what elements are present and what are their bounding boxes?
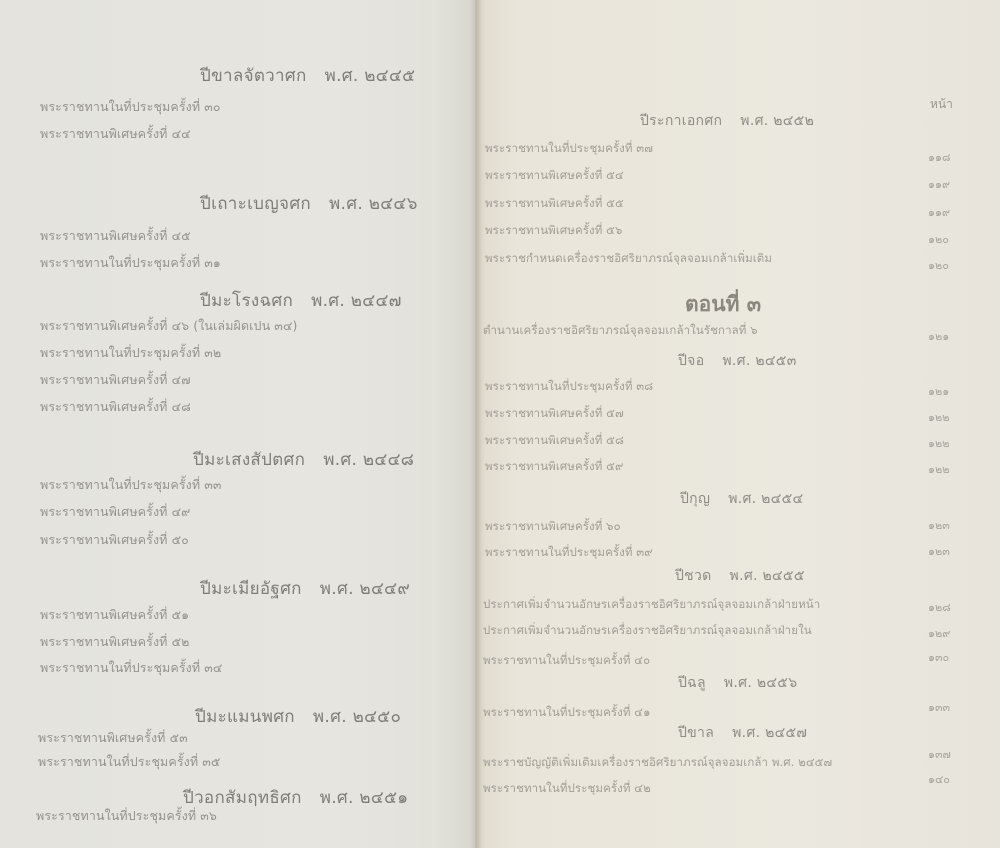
toc-entry: พระราชทานพิเศษครั้งที่ ๕๗ [485, 405, 624, 423]
right-page: หน้า ปีระกาเอกศกพ.ศ. ๒๔๕๒ พระราชทานในที่… [475, 0, 1000, 848]
toc-entry: พระราชทานในที่ประชุมครั้งที่ ๓๑ [40, 253, 221, 273]
toc-entry: พระราชทานพิเศษครั้งที่ ๔๙ [40, 502, 190, 522]
toc-entry: พระราชทานพิเศษครั้งที่ ๕๘ [485, 432, 624, 450]
toc-entry: พระราชทานพิเศษครั้งที่ ๕๓ [38, 728, 188, 748]
page-number: ๑๑๙ [928, 203, 950, 221]
book-gutter [470, 0, 482, 848]
toc-entry: พระราชทานพิเศษครั้งที่ ๕๐ [40, 530, 189, 550]
page-number: ๑๒๓ [928, 516, 950, 534]
year-heading: ปีจอพ.ศ. ๒๔๕๓ [678, 350, 797, 372]
toc-entry: พระราชทานในที่ประชุมครั้งที่ ๓๕ [38, 752, 220, 772]
page-number: ๑๒๑ [928, 327, 949, 345]
toc-entry: พระราชทานในที่ประชุมครั้งที่ ๓๔ [40, 658, 222, 678]
page-number: ๑๒๒ [928, 434, 949, 452]
page-column-label: หน้า [930, 95, 953, 114]
page-number: ๑๓๗ [928, 745, 951, 763]
toc-entry: พระราชทานในที่ประชุมครั้งที่ ๓๖ [36, 806, 217, 826]
page-number: ๑๒๘ [928, 598, 951, 616]
page-number: ๑๑๙ [928, 175, 950, 193]
toc-entry: ตำนานเครื่องราชอิศริยาภรณ์จุลจอมเกล้าในร… [483, 322, 758, 340]
year-heading: ปีชวดพ.ศ. ๒๔๕๕ [675, 565, 805, 587]
page-number: ๑๒๐ [928, 256, 949, 274]
toc-entry: พระราชทานพิเศษครั้งที่ ๕๙ [485, 458, 624, 476]
page-number: ๑๔๐ [928, 770, 950, 788]
toc-entry: พระราชทานในที่ประชุมครั้งที่ ๓๒ [40, 343, 221, 363]
year-heading: ปีมะโรงฉศกพ.ศ. ๒๔๔๗ [200, 287, 402, 314]
page-number: ๑๒๒ [928, 408, 949, 426]
toc-entry: พระราชกำหนดเครื่องราชอิศริยาภรณ์จุลจอมเก… [485, 250, 772, 268]
toc-entry: พระราชทานพิเศษครั้งที่ ๕๑ [40, 605, 189, 625]
year-heading: ปีฉลูพ.ศ. ๒๔๕๖ [678, 672, 797, 694]
toc-entry: ประกาศเพิ่มจำนวนอักษรเครื่องราชอิศริยาภร… [483, 596, 820, 614]
toc-entry: พระราชทานพิเศษครั้งที่ ๔๔ [40, 124, 191, 144]
toc-entry: พระราชทานในที่ประชุมครั้งที่ ๔๒ [483, 780, 651, 798]
toc-entry: พระราชทานพิเศษครั้งที่ ๕๕ [485, 195, 624, 213]
year-heading: ปีมะเสงสัปตศกพ.ศ. ๒๔๔๘ [193, 446, 414, 473]
toc-entry: พระราชทานพิเศษครั้งที่ ๔๕ [40, 226, 191, 246]
toc-entry: พระราชทานในที่ประชุมครั้งที่ ๓๐ [40, 97, 221, 117]
part-title: ตอนที่ ๓ [685, 288, 761, 321]
page-number: ๑๒๙ [928, 624, 950, 642]
toc-entry: พระราชทานในที่ประชุมครั้งที่ ๓๓ [40, 475, 222, 495]
toc-entry: พระราชทานพิเศษครั้งที่ ๕๒ [40, 632, 189, 652]
year-heading: ปีขาลพ.ศ. ๒๔๕๗ [678, 722, 807, 744]
year-heading: ปีขาลจัตวาศกพ.ศ. ๒๔๔๕ [200, 62, 415, 89]
toc-entry: พระราชทานในที่ประชุมครั้งที่ ๓๘ [485, 378, 653, 396]
page-number: ๑๓๐ [928, 648, 949, 666]
page-number: ๑๓๓ [928, 698, 950, 716]
toc-entry: พระราชทานพิเศษครั้งที่ ๔๖ (ในเล่มผิดเปน … [40, 316, 297, 336]
page-number: ๑๒๒ [928, 460, 949, 478]
toc-entry: พระราชบัญญัติเพิ่มเติมเครื่องราชอิศริยาภ… [483, 754, 832, 772]
toc-entry: พระราชทานในที่ประชุมครั้งที่ ๔๑ [483, 704, 651, 722]
year-heading: ปีเถาะเบญจศกพ.ศ. ๒๔๔๖ [200, 190, 418, 217]
year-heading: ปีมะแมนพศกพ.ศ. ๒๔๕๐ [195, 703, 401, 730]
left-page: ปีขาลจัตวาศกพ.ศ. ๒๔๔๕ พระราชทานในที่ประช… [0, 0, 475, 848]
year-heading: ปีระกาเอกศกพ.ศ. ๒๔๕๒ [640, 110, 814, 132]
toc-entry: พระราชทานพิเศษครั้งที่ ๖๐ [485, 518, 621, 536]
page-number: ๑๑๘ [928, 148, 950, 166]
toc-entry: พระราชทานพิเศษครั้งที่ ๕๖ [485, 222, 622, 240]
page-number: ๑๒๓ [928, 542, 950, 560]
toc-entry: พระราชทานพิเศษครั้งที่ ๕๔ [485, 167, 624, 185]
toc-entry: พระราชทานในที่ประชุมครั้งที่ ๔๐ [483, 652, 650, 670]
toc-entry: พระราชทานพิเศษครั้งที่ ๔๘ [40, 397, 191, 417]
page-number: ๑๒๑ [928, 382, 949, 400]
toc-entry: พระราชทานพิเศษครั้งที่ ๔๗ [40, 370, 191, 390]
page-number: ๑๒๐ [928, 230, 949, 248]
toc-entry: พระราชทานในที่ประชุมครั้งที่ ๓๙ [485, 544, 653, 562]
year-heading: ปีกุญพ.ศ. ๒๔๕๔ [680, 488, 803, 510]
toc-entry: พระราชทานในที่ประชุมครั้งที่ ๓๗ [485, 140, 653, 158]
toc-entry: ประกาศเพิ่มจำนวนอักษรเครื่องราชอิศริยาภร… [483, 622, 812, 640]
year-heading: ปีมะเมียอัฐศกพ.ศ. ๒๔๔๙ [200, 575, 410, 602]
